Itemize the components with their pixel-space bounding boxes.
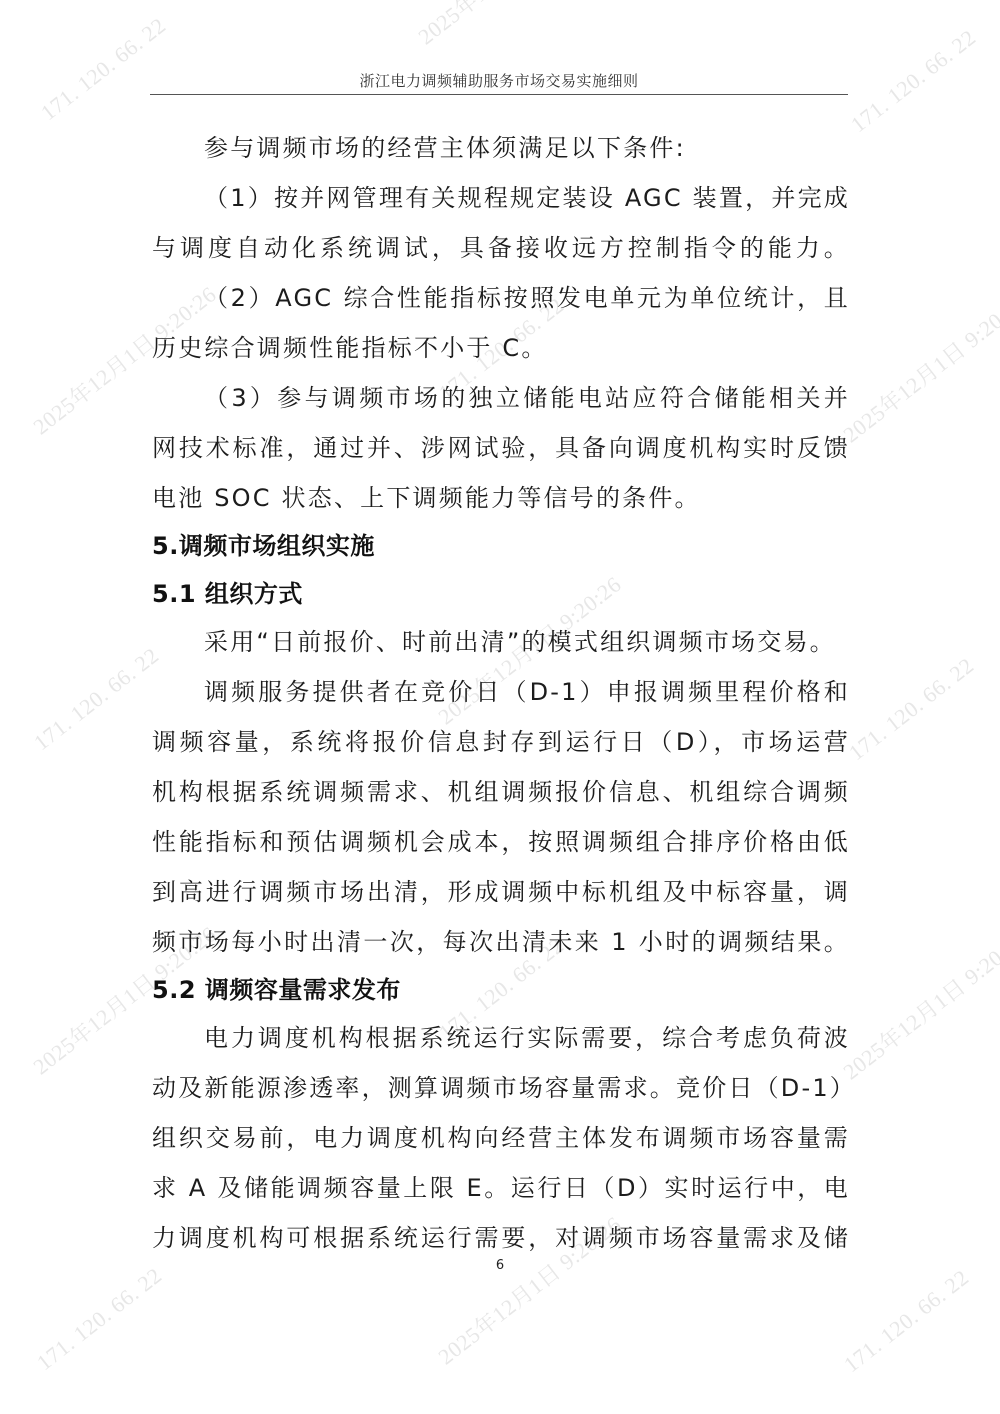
section-heading-5-2: 5.2 调频容量需求发布 — [152, 975, 401, 1005]
watermark-ip: 171. 120. 66. 22 — [32, 1263, 167, 1376]
running-header-title: 浙江电力调频辅助服务市场交易实施细则 — [150, 70, 848, 91]
paragraph-line: 到高进行调频市场出清，形成调频中标机组及中标容量，调 — [152, 877, 850, 907]
paragraph-line: 调频容量，系统将报价信息封存到运行日（D），市场运营 — [152, 727, 850, 757]
paragraph-line: 网技术标准，通过并、涉网试验，具备向调度机构实时反馈 — [152, 433, 850, 463]
paragraph-line: 与调度自动化系统调试，具备接收远方控制指令的能力。 — [152, 233, 850, 263]
section-heading-5: 5.调频市场组织实施 — [152, 531, 375, 561]
paragraph-line: 机构根据系统调频需求、机组调频报价信息、机组综合调频 — [152, 777, 850, 807]
watermark-timestamp: 2025年12月1日 9:20:26 — [836, 923, 1000, 1086]
paragraph-line: 求 A 及储能调频容量上限 E。运行日（D）实时运行中，电 — [152, 1173, 850, 1203]
header-divider — [150, 94, 848, 95]
paragraph-line: 组织交易前，电力调度机构向经营主体发布调频市场容量需 — [152, 1123, 850, 1153]
watermark-ip: 171. 120. 66. 22 — [29, 643, 164, 756]
watermark-timestamp: 2025年12月1日 9:20:26 — [411, 0, 607, 51]
paragraph-line: 电力调度机构根据系统运行实际需要，综合考虑负荷波 — [204, 1023, 850, 1053]
paragraph-line: 性能指标和预估调频机会成本，按照调频组合排序价格由低 — [152, 827, 850, 857]
watermark-ip: 171. 120. 66. 22 — [844, 653, 979, 766]
paragraph-line: 电池 SOC 状态、上下调频能力等信号的条件。 — [152, 483, 701, 513]
page-number: 6 — [490, 1258, 510, 1273]
paragraph-line: 力调度机构可根据系统运行需要，对调频市场容量需求及储 — [152, 1223, 850, 1253]
paragraph-line: 频市场每小时出清一次，每次出清未来 1 小时的调频结果。 — [152, 927, 850, 957]
section-heading-5-1: 5.1 组织方式 — [152, 579, 303, 609]
watermark-ip: 171. 120. 66. 22 — [846, 25, 981, 138]
paragraph-line: 调频服务提供者在竞价日（D-1）申报调频里程价格和 — [204, 677, 850, 707]
paragraph-line: （1）按并网管理有关规程规定装设 AGC 装置，并完成 — [204, 183, 850, 213]
document-page: 171. 120. 66. 22 171. 120. 66. 22 2025年1… — [0, 0, 1000, 1414]
watermark-ip: 171. 120. 66. 22 — [839, 1265, 974, 1378]
paragraph-line: 采用“日前报价、时前出清”的模式组织调频市场交易。 — [204, 627, 836, 657]
paragraph-line: 历史综合调频性能指标不小于 C。 — [152, 333, 548, 363]
watermark-timestamp: 2025年12月1日 9:20:26 — [836, 286, 1000, 449]
paragraph-line: 动及新能源渗透率，测算调频市场容量需求。竞价日（D-1） — [152, 1073, 850, 1103]
paragraph-line: （2）AGC 综合性能指标按照发电单元为单位统计，且 — [204, 283, 850, 313]
paragraph-line: （3）参与调频市场的独立储能电站应符合储能相关并 — [204, 383, 850, 413]
paragraph-line: 参与调频市场的经营主体须满足以下条件: — [204, 133, 686, 163]
